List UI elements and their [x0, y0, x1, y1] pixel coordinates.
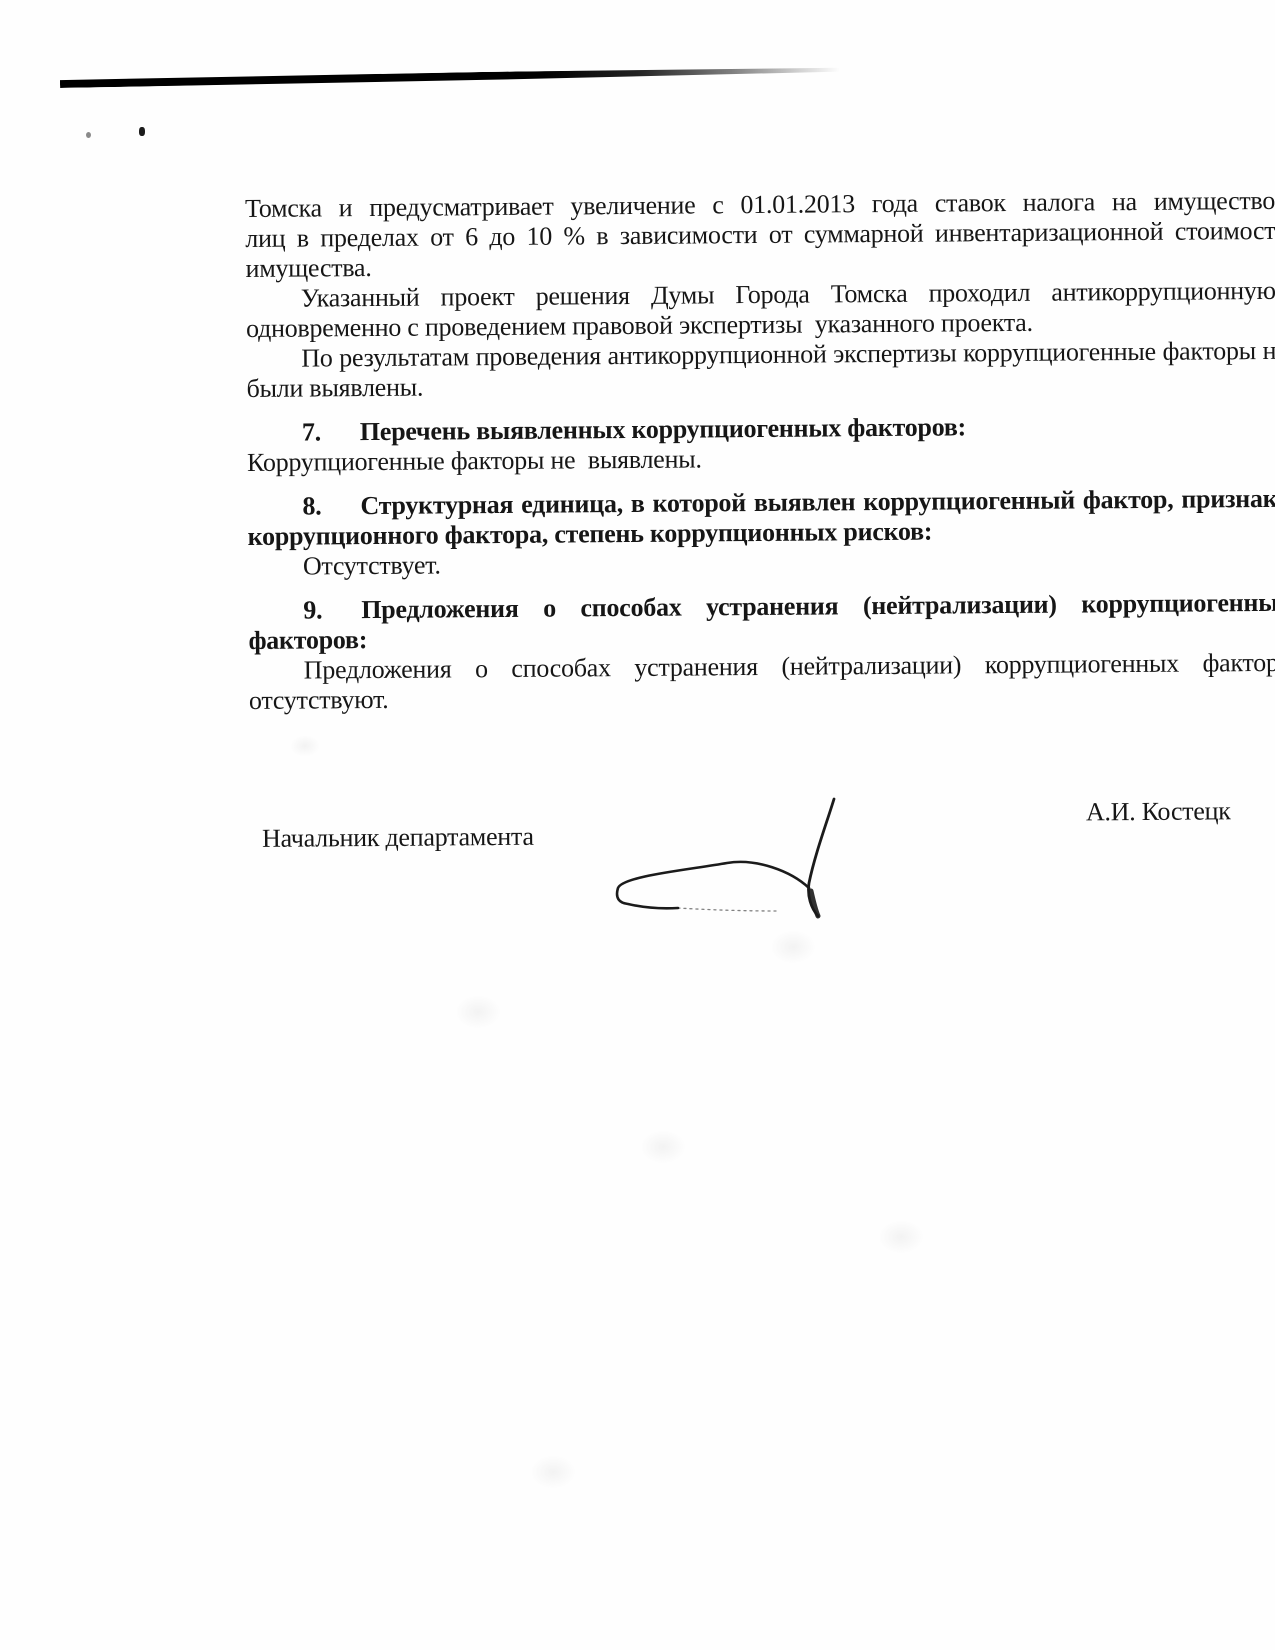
- scan-speck: [139, 127, 145, 136]
- scan-smudge: [770, 930, 816, 964]
- section-number: 7.: [302, 417, 360, 447]
- signer-position-label: Начальник департамента: [262, 822, 534, 854]
- handwritten-signature: [575, 750, 855, 925]
- section-number: 9.: [303, 595, 361, 625]
- section-title: Предложения о способах устранения (нейтр…: [361, 588, 1275, 624]
- scanned-document-page: Томска и предусматривает увеличение с 01…: [0, 0, 1275, 1650]
- scan-smudge: [640, 1130, 686, 1164]
- scan-speck: [86, 132, 91, 138]
- section-number: 8.: [302, 491, 360, 521]
- scan-smudge: [530, 1455, 576, 1489]
- scan-smudge: [878, 1220, 924, 1254]
- signer-name: А.И. Костецк: [1086, 796, 1231, 827]
- section-title: Структурная единица, в которой выявлен к…: [360, 484, 1275, 520]
- scan-smudge: [455, 995, 501, 1029]
- scanner-edge-streak: [60, 66, 840, 88]
- section-title: Перечень выявленных коррупциогенных факт…: [360, 412, 966, 446]
